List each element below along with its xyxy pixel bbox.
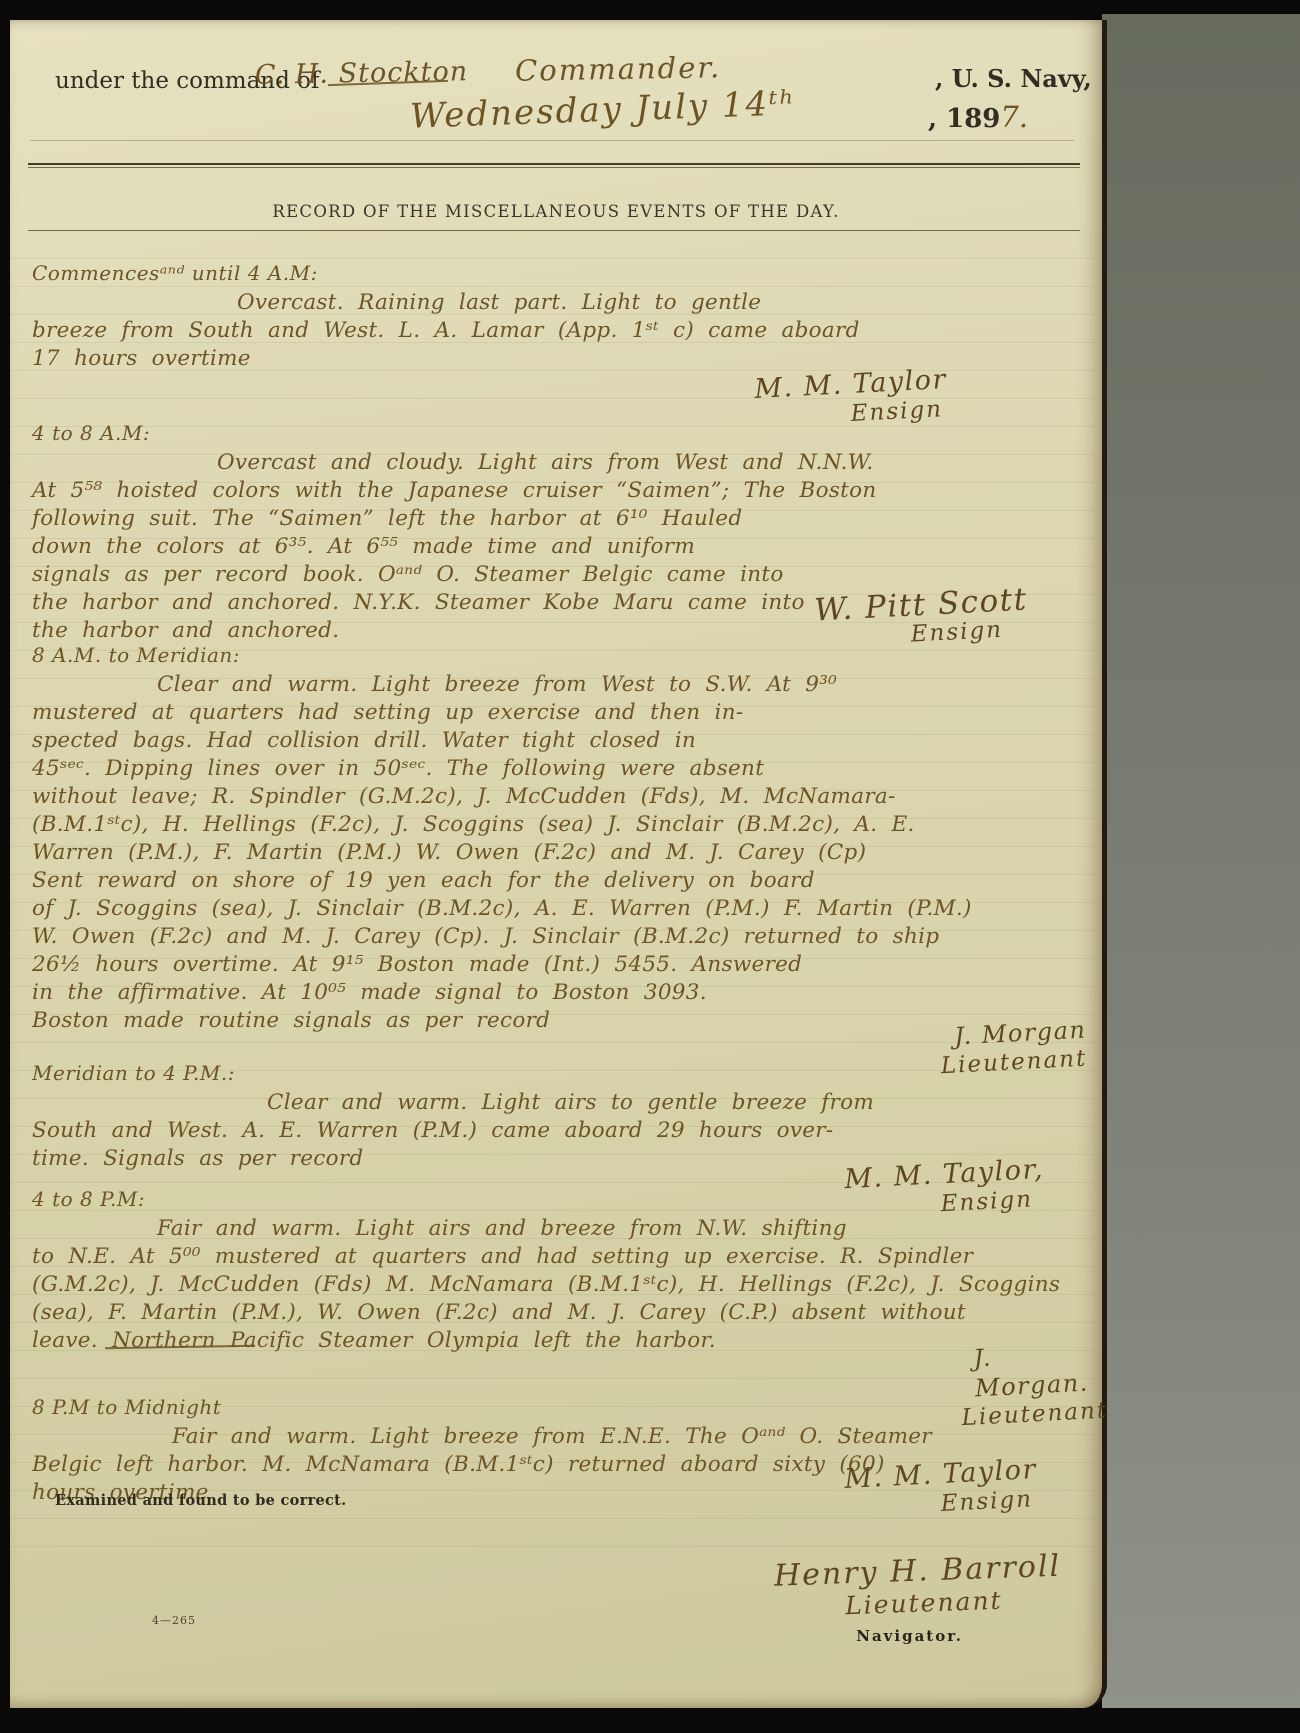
header-rule-light bbox=[28, 167, 1080, 168]
year-handwritten: 7. bbox=[1000, 100, 1028, 134]
log-line: Sent reward on shore of 19 yen each for … bbox=[32, 867, 1080, 895]
log-line: 26½ hours overtime. At 9¹⁵ Boston made (… bbox=[32, 951, 1080, 979]
log-line: Clear and warm. Light airs to gentle bre… bbox=[32, 1089, 1080, 1117]
log-entry-meridian-to-4pm: Meridian to 4 P.M.: Clear and warm. Ligh… bbox=[32, 1060, 1080, 1173]
rank-text: Lieutenant bbox=[845, 1586, 1003, 1620]
entry-heading: 8 P.M to Midnight bbox=[32, 1394, 1080, 1420]
signature-rank: LieutenantNavigator. bbox=[845, 1582, 1104, 1649]
log-line: (sea), F. Martin (P.M.), W. Owen (F.2c) … bbox=[32, 1299, 1080, 1327]
log-line: 45ˢᵉᶜ. Dipping lines over in 50ˢᵉᶜ. The … bbox=[32, 755, 1080, 783]
record-title: RECORD OF THE MISCELLANEOUS EVENTS OF TH… bbox=[10, 202, 1102, 221]
year-field: , 1897. bbox=[928, 100, 1028, 134]
log-line: South and West. A. E. Warren (P.M.) came… bbox=[32, 1117, 1080, 1145]
log-line: Warren (P.M.), F. Martin (P.M.) W. Owen … bbox=[32, 839, 1080, 867]
entry-heading: 4 to 8 A.M: bbox=[32, 420, 1080, 446]
log-line: Fair and warm. Light airs and breeze fro… bbox=[32, 1215, 1080, 1243]
signature-block: M. M. Taylor Ensign bbox=[844, 1455, 1039, 1523]
signature-rank: Ensign bbox=[940, 1485, 1039, 1518]
log-line: Overcast and cloudy. Light airs from Wes… bbox=[32, 449, 1080, 477]
log-entry-midnight-to-4am: Commencesᵃⁿᵈ until 4 A.M: Overcast. Rain… bbox=[32, 260, 1080, 373]
log-line: down the colors at 6³⁵. At 6⁵⁵ made time… bbox=[32, 533, 1080, 561]
log-line: mustered at quarters had setting up exer… bbox=[32, 699, 1080, 727]
commander-name-handwritten: C. H. Stockton bbox=[255, 56, 469, 91]
entry-heading: 8 A.M. to Meridian: bbox=[32, 642, 1080, 668]
header-rule-heavy bbox=[28, 163, 1080, 165]
log-line: of J. Scoggins (sea), J. Sinclair (B.M.2… bbox=[32, 895, 1080, 923]
log-date-handwritten: Wednesday July 14ᵗʰ bbox=[409, 83, 797, 136]
log-line: without leave; R. Spindler (G.M.2c), J. … bbox=[32, 783, 1080, 811]
form-fill-line bbox=[30, 140, 1074, 141]
log-line: Clear and warm. Light breeze from West t… bbox=[32, 671, 1080, 699]
log-entry-4pm-to-8pm: 4 to 8 P.M: Fair and warm. Light airs an… bbox=[32, 1186, 1080, 1355]
navigator-signature-block: Henry H. Barroll LieutenantNavigator. bbox=[773, 1548, 1103, 1651]
entry-heading: Meridian to 4 P.M.: bbox=[32, 1060, 1080, 1086]
log-line: following suit. The “Saimen” left the ha… bbox=[32, 505, 1080, 533]
navy-suffix-printed: , U. S. Navy, bbox=[935, 64, 1092, 93]
year-printed: , 189 bbox=[928, 104, 1000, 134]
log-line: in the affirmative. At 10⁰⁵ made signal … bbox=[32, 979, 1080, 1007]
log-line: Fair and warm. Light breeze from E.N.E. … bbox=[32, 1423, 1080, 1451]
entry-heading: Commencesᵃⁿᵈ until 4 A.M: bbox=[32, 260, 1080, 286]
navigator-label-printed: Navigator. bbox=[856, 1627, 963, 1645]
commander-title-handwritten: Commander. bbox=[515, 50, 722, 88]
log-line: At 5⁵⁸ hoisted colors with the Japanese … bbox=[32, 477, 1080, 505]
title-underline-rule bbox=[28, 230, 1080, 231]
log-line: Overcast. Raining last part. Light to ge… bbox=[32, 289, 1080, 317]
log-line: breeze from South and West. L. A. Lamar … bbox=[32, 317, 1080, 345]
log-line: Boston made routine signals as per recor… bbox=[32, 1007, 1080, 1035]
log-line: leave. Northern Pacific Steamer Olympia … bbox=[32, 1327, 1080, 1355]
examined-note-printed: Examined and found to be correct. bbox=[55, 1492, 347, 1509]
entry-heading: 4 to 8 P.M: bbox=[32, 1186, 1080, 1212]
log-line: (B.M.1ˢᵗc), H. Hellings (F.2c), J. Scogg… bbox=[32, 811, 1080, 839]
form-number: 4—265 bbox=[152, 1614, 196, 1627]
log-line: (G.M.2c), J. McCudden (Fds) M. McNamara … bbox=[32, 1271, 1080, 1299]
logbook-page: under the command of C. H. Stockton Comm… bbox=[10, 20, 1107, 1708]
log-line: spected bags. Had collision drill. Water… bbox=[32, 727, 1080, 755]
log-entry-8am-to-meridian: 8 A.M. to Meridian: Clear and warm. Ligh… bbox=[32, 642, 1080, 1035]
log-line: signals as per record book. Oᵃⁿᵈ O. Stea… bbox=[32, 561, 1080, 589]
book-backing-cloth bbox=[1102, 14, 1300, 1708]
log-line: to N.E. At 5⁰⁰ mustered at quarters and … bbox=[32, 1243, 1080, 1271]
log-line: W. Owen (F.2c) and M. J. Carey (Cp). J. … bbox=[32, 923, 1080, 951]
